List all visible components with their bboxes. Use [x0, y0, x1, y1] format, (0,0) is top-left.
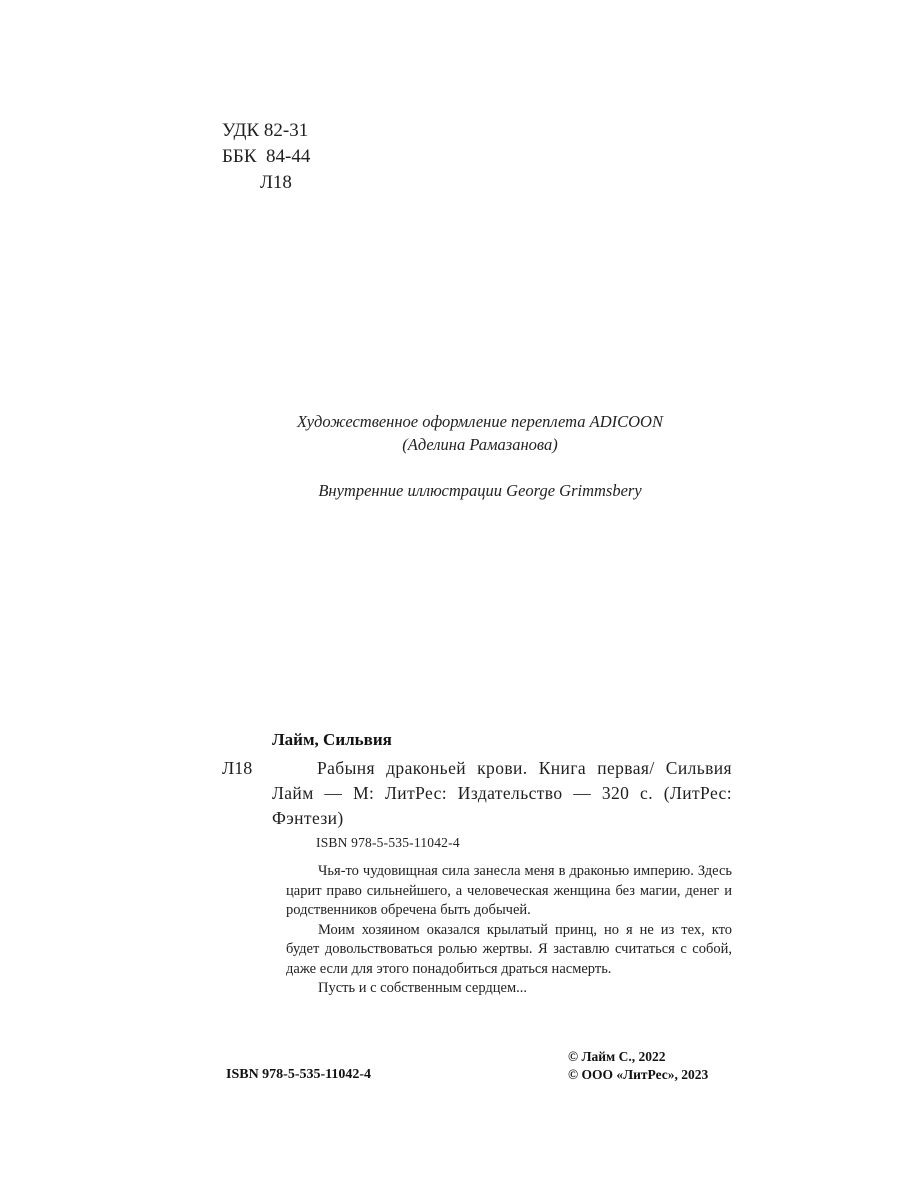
- annotation: Чья-то чудовищная сила занесла меня в др…: [286, 862, 732, 999]
- biblio-isbn: ISBN 978-5-535-11042-4: [316, 835, 460, 851]
- copyright-publisher: © ООО «ЛитРес», 2023: [568, 1066, 708, 1084]
- udk-code: УДК 82-31: [222, 118, 310, 144]
- annotation-paragraph: Пусть и с собственным сердцем...: [286, 979, 732, 999]
- credits-block: Художественное оформление переплета ADIC…: [200, 410, 760, 502]
- biblio-description: Рабыня драконьей крови. Книга первая/ Си…: [272, 756, 732, 831]
- copyright-block: © Лайм С., 2022 © ООО «ЛитРес», 2023: [568, 1048, 708, 1084]
- cover-design-credit: Художественное оформление переплета ADIC…: [200, 410, 760, 433]
- copyright-author: © Лайм С., 2022: [568, 1048, 708, 1066]
- cover-design-credit-name: (Аделина Рамазанова): [200, 433, 760, 456]
- annotation-paragraph: Чья-то чудовищная сила занесла меня в др…: [286, 862, 732, 921]
- illustrations-credit: Внутренние иллюстрации George Grimmsbery: [200, 479, 760, 502]
- biblio-description-text: Рабыня драконьей крови. Книга первая/ Си…: [272, 756, 732, 831]
- biblio-author-heading: Лайм, Сильвия: [272, 730, 392, 750]
- annotation-paragraph: Моим хозяином оказался крылатый принц, н…: [286, 921, 732, 980]
- classification-block: УДК 82-31 ББК 84-44 Л18: [222, 118, 310, 196]
- author-mark: Л18: [222, 170, 310, 196]
- spacer: [200, 456, 760, 479]
- bbk-code: ББК 84-44: [222, 144, 310, 170]
- footer-isbn: ISBN 978-5-535-11042-4: [226, 1067, 371, 1083]
- biblio-code: Л18: [222, 758, 252, 779]
